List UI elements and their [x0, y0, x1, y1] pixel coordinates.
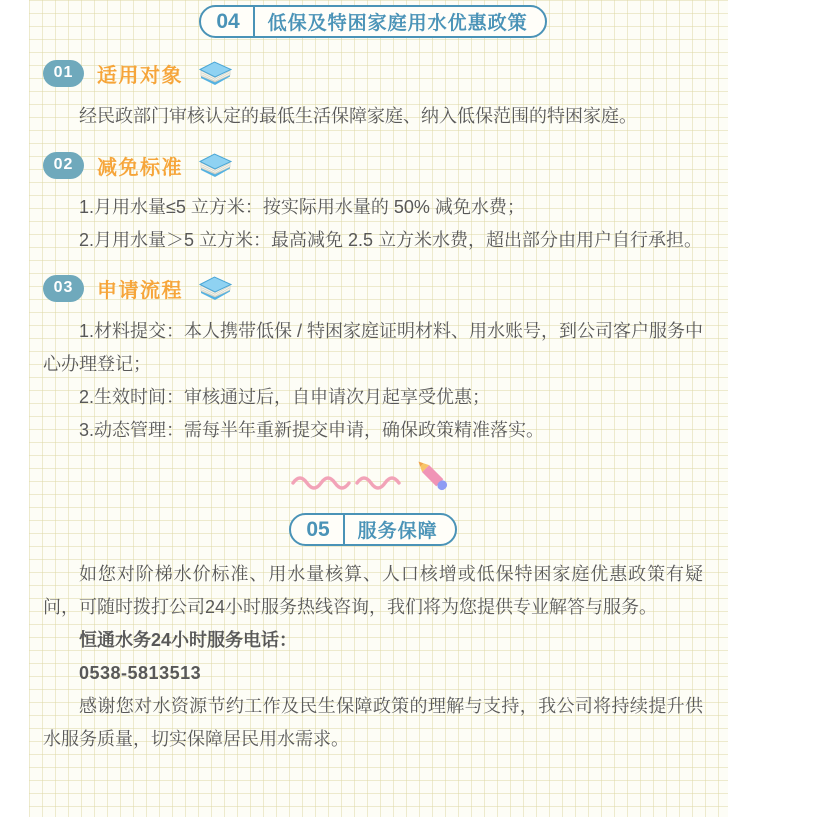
squiggle-line-icon	[290, 470, 408, 490]
chapter-title: 服务保障	[345, 515, 455, 544]
book-icon	[196, 150, 234, 180]
service-intro: 如您对阶梯水价标准、用水量核算、人口核增或低保特困家庭优惠政策有疑问，可随时拨打…	[43, 558, 703, 624]
chapter-badge-04: 04 低保及特困家庭用水优惠政策	[199, 5, 546, 38]
section-number-badge: 01	[43, 60, 84, 87]
paragraph: 1.月用水量≤5 立方米：按实际用水量的 50% 减免水费；	[43, 191, 703, 224]
section-heading-2: 02 减免标准	[43, 151, 703, 179]
paragraph: 2.生效时间：审核通过后，自申请次月起享受优惠；	[43, 381, 703, 414]
section-number-badge: 03	[43, 275, 84, 302]
paragraph: 1.材料提交：本人携带低保 / 特困家庭证明材料、用水账号，到公司客户服务中心办…	[43, 315, 703, 381]
divider-doodle	[43, 457, 703, 493]
section-body: 1.月用水量≤5 立方米：按实际用水量的 50% 减免水费； 2.月用水量＞5 …	[43, 191, 703, 257]
hotline-number: 0538-5813513	[43, 657, 703, 690]
chapter-number: 04	[201, 7, 252, 36]
chapter-title: 低保及特困家庭用水优惠政策	[255, 7, 545, 36]
section-title: 减免标准	[97, 151, 183, 180]
section-heading-1: 01 适用对象	[43, 59, 703, 87]
paragraph: 3.动态管理：需每半年重新提交申请，确保政策精准落实。	[43, 414, 703, 447]
chapter-badge-05: 05 服务保障	[289, 513, 456, 546]
article-card: 04 低保及特困家庭用水优惠政策 01 适用对象 经民政部门审核认定的最低生活保…	[29, 0, 728, 817]
section-title: 申请流程	[97, 274, 183, 303]
book-icon	[196, 273, 234, 303]
section-title: 适用对象	[97, 59, 183, 88]
hotline-label: 恒通水务24小时服务电话：	[43, 624, 703, 657]
chapter-number: 05	[291, 515, 342, 544]
service-outro: 感谢您对水资源节约工作及民生保障政策的理解与支持，我公司将持续提升供水服务质量，…	[43, 690, 703, 756]
section-number-badge: 02	[43, 152, 84, 179]
chapter-badge-row: 04 低保及特困家庭用水优惠政策	[43, 5, 703, 38]
paragraph: 2.月用水量＞5 立方米：最高减免 2.5 立方米水费，超出部分由用户自行承担。	[43, 224, 703, 257]
chapter-badge-row: 05 服务保障	[43, 513, 703, 546]
section-heading-3: 03 申请流程	[43, 274, 703, 302]
book-icon	[196, 58, 234, 88]
section-body: 1.材料提交：本人携带低保 / 特困家庭证明材料、用水账号，到公司客户服务中心办…	[43, 315, 703, 447]
pencil-icon	[412, 453, 456, 493]
paragraph: 经民政部门审核认定的最低生活保障家庭、纳入低保范围的特困家庭。	[43, 100, 703, 133]
